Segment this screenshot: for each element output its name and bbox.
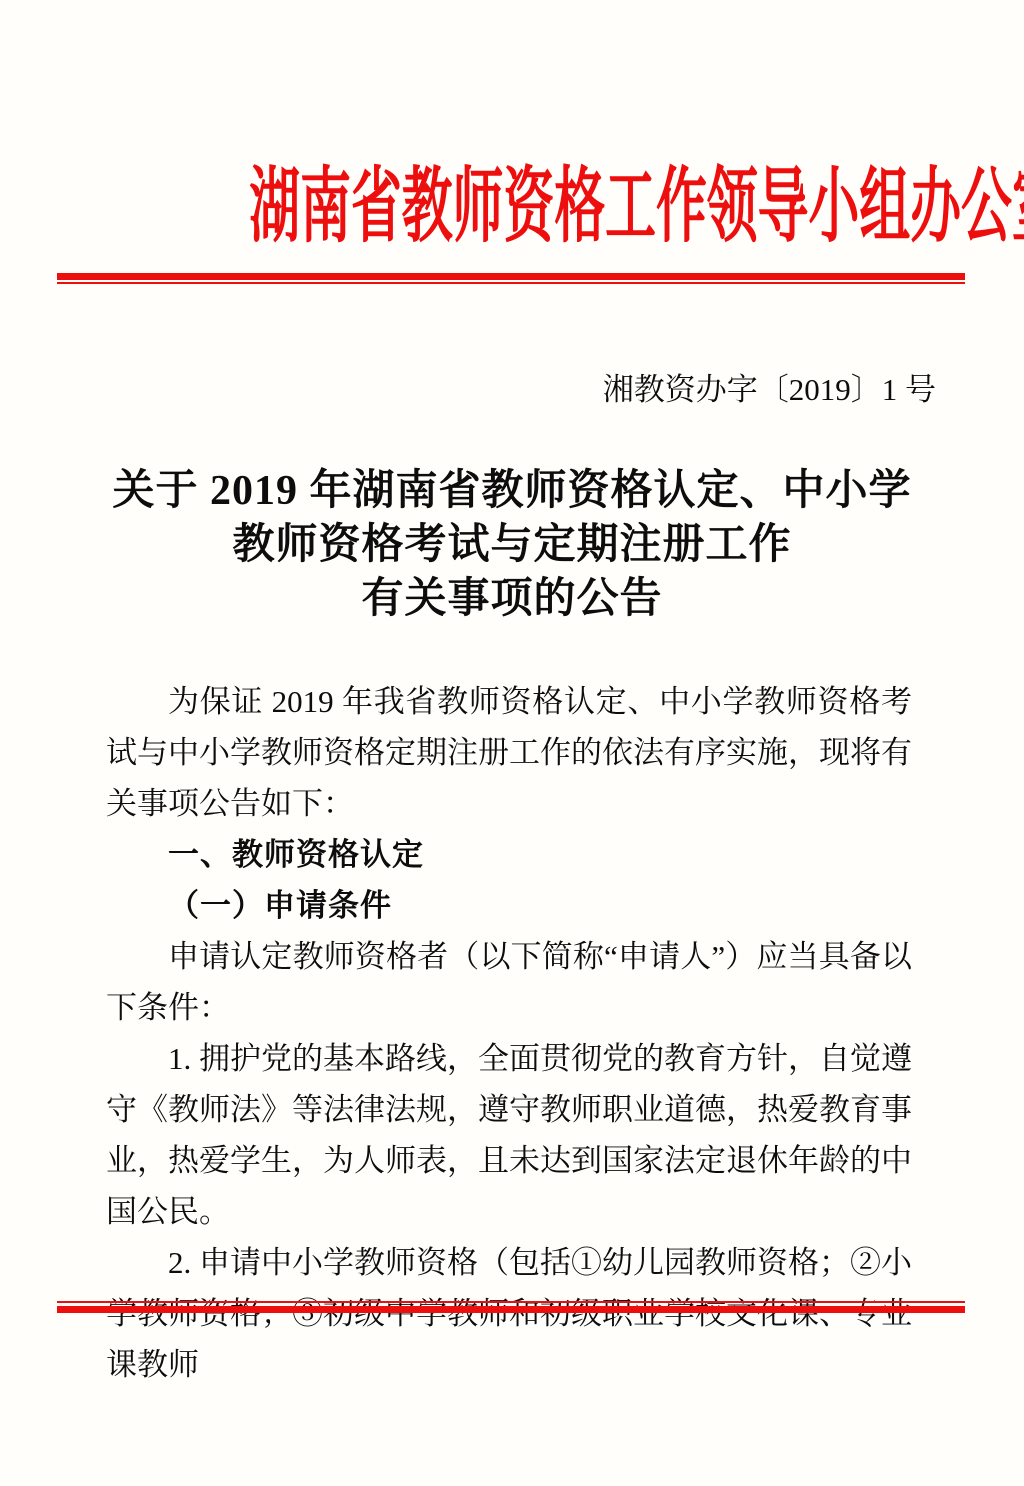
title-line-1: 关于 2019 年湖南省教师资格认定、中小学: [0, 464, 1024, 518]
document-number: 湘教资办字〔2019〕1 号: [603, 372, 936, 408]
document-title: 关于 2019 年湖南省教师资格认定、中小学 教师资格考试与定期注册工作 有关事…: [0, 464, 1024, 626]
paragraph-intro: 为保证 2019 年我省教师资格认定、中小学教师资格考试与中小学教师资格定期注册…: [106, 676, 912, 829]
letterhead: 湖南省教师资格工作领导小组办公室: [0, 156, 1024, 259]
letterhead-office-name: 湖南省教师资格工作领导小组办公室: [249, 156, 1024, 259]
footer-divider-thin-bar: [57, 1301, 965, 1303]
footer-divider-thick-bar: [57, 1306, 965, 1313]
document-body: 为保证 2019 年我省教师资格认定、中小学教师资格考试与中小学教师资格定期注册…: [106, 676, 912, 1390]
title-line-3: 有关事项的公告: [0, 572, 1024, 626]
subsection-heading-application-conditions: （一）申请条件: [106, 880, 912, 931]
header-divider-rule: [57, 273, 965, 284]
document-page: 湖南省教师资格工作领导小组办公室 湘教资办字〔2019〕1 号 关于 2019 …: [0, 0, 1024, 1486]
header-divider-thick-bar: [57, 273, 965, 280]
paragraph-conditions-intro: 申请认定教师资格者（以下简称“申请人”）应当具备以下条件：: [106, 931, 912, 1033]
section-heading-teacher-qualification: 一、教师资格认定: [106, 829, 912, 880]
paragraph-condition-1: 1. 拥护党的基本路线，全面贯彻党的教育方针，自觉遵守《教师法》等法律法规，遵守…: [106, 1033, 912, 1237]
header-divider-thin-bar: [57, 282, 965, 284]
title-line-2: 教师资格考试与定期注册工作: [0, 518, 1024, 572]
paragraph-condition-2: 2. 申请中小学教师资格（包括①幼儿园教师资格；②小学教师资格；③初级中学教师和…: [106, 1237, 912, 1390]
footer-divider-rule: [57, 1301, 965, 1313]
